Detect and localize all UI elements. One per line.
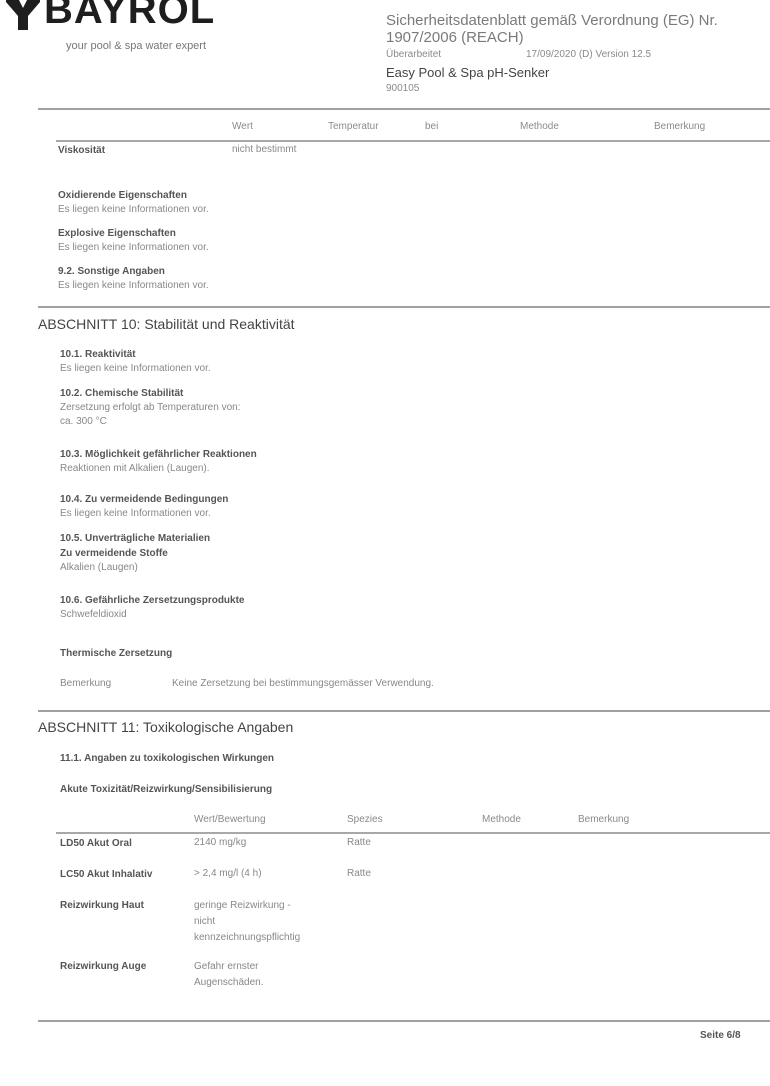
block-text: Alkalien (Laugen) (60, 561, 138, 575)
revised-date-version: 17/09/2020 (D) Version 12.5 (526, 49, 651, 60)
block-title: 10.1. Reaktivität (60, 349, 136, 360)
section-10-heading: ABSCHNITT 10: Stabilität und Reaktivität (38, 316, 295, 332)
table-row-name: LD50 Akut Oral (60, 838, 132, 849)
subsection-title: Akute Toxizität/Reizwirkung/Sensibilisie… (60, 784, 272, 795)
bayrol-y-logo-icon (6, 0, 40, 30)
block-text: Es liegen keine Informationen vor. (58, 241, 209, 255)
table-row-value: Gefahr ernster Augenschäden. (194, 959, 264, 991)
table-row-species: Ratte (347, 867, 371, 881)
table-row-name: LC50 Akut Inhalativ (60, 869, 152, 880)
col-header-methode: Methode (482, 814, 521, 825)
subsection-title: 11.1. Angaben zu toxikologischen Wirkung… (60, 753, 274, 764)
table-row-species: Ratte (347, 836, 371, 850)
table-header-divider (56, 140, 770, 142)
col-header-bemerkung: Bemerkung (654, 121, 705, 132)
col-header-bemerkung: Bemerkung (578, 814, 629, 825)
section-11-heading: ABSCHNITT 11: Toxikologische Angaben (38, 719, 293, 735)
product-name: Easy Pool & Spa pH-Senker (386, 65, 549, 80)
thermal-label: Bemerkung (60, 677, 111, 691)
revised-label: Überarbeitet (386, 49, 441, 60)
thermal-title: Thermische Zersetzung (60, 648, 172, 659)
block-subtitle: Zu vermeidende Stoffe (60, 548, 168, 559)
document-title: Sicherheitsdatenblatt gemäß Verordnung (… (386, 12, 766, 46)
table-row-name: Reizwirkung Auge (60, 961, 146, 972)
col-header-wert-bewertung: Wert/Bewertung (194, 814, 266, 825)
block-title: Explosive Eigenschaften (58, 228, 176, 239)
block-title: 10.5. Unverträgliche Materialien (60, 533, 210, 544)
col-header-wert: Wert (232, 121, 253, 132)
block-text: Es liegen keine Informationen vor. (58, 279, 209, 293)
table-header-divider (56, 832, 770, 834)
block-title: 9.2. Sonstige Angaben (58, 266, 165, 277)
brand-tagline: your pool & spa water expert (66, 40, 206, 52)
table-row-value: nicht bestimmt (232, 143, 296, 157)
table-row-name: Viskosität (58, 145, 105, 156)
col-header-methode: Methode (520, 121, 559, 132)
product-number: 900105 (386, 83, 419, 94)
table-row-value: > 2,4 mg/l (4 h) (194, 867, 262, 881)
block-text: Zersetzung erfolgt ab Temperaturen von: … (60, 401, 240, 429)
block-text: Reaktionen mit Alkalien (Laugen). (60, 462, 210, 476)
thermal-value: Keine Zersetzung bei bestimmungsgemässer… (172, 677, 434, 691)
page-number: Seite 6/8 (700, 1030, 741, 1041)
block-title: Oxidierende Eigenschaften (58, 190, 187, 201)
block-title: 10.3. Möglichkeit gefährlicher Reaktione… (60, 449, 257, 460)
col-header-temperatur: Temperatur (328, 121, 379, 132)
block-title: 10.2. Chemische Stabilität (60, 388, 183, 399)
header-divider (38, 108, 770, 110)
table-row-value: 2140 mg/kg (194, 836, 246, 850)
block-title: 10.6. Gefährliche Zersetzungsprodukte (60, 595, 245, 606)
block-text: Es liegen keine Informationen vor. (60, 507, 211, 521)
footer-divider (38, 1020, 770, 1022)
col-header-spezies: Spezies (347, 814, 383, 825)
block-text: Schwefeldioxid (60, 608, 127, 622)
block-title: 10.4. Zu vermeidende Bedingungen (60, 494, 228, 505)
table-row-value: geringe Reizwirkung - nicht kennzeichnun… (194, 898, 300, 946)
table-row-name: Reizwirkung Haut (60, 900, 144, 911)
section-divider (38, 306, 770, 308)
brand-name: BAYROL (44, 0, 215, 33)
col-header-bei: bei (425, 121, 438, 132)
block-text: Es liegen keine Informationen vor. (60, 362, 211, 376)
section-divider (38, 710, 770, 712)
block-text: Es liegen keine Informationen vor. (58, 203, 209, 217)
